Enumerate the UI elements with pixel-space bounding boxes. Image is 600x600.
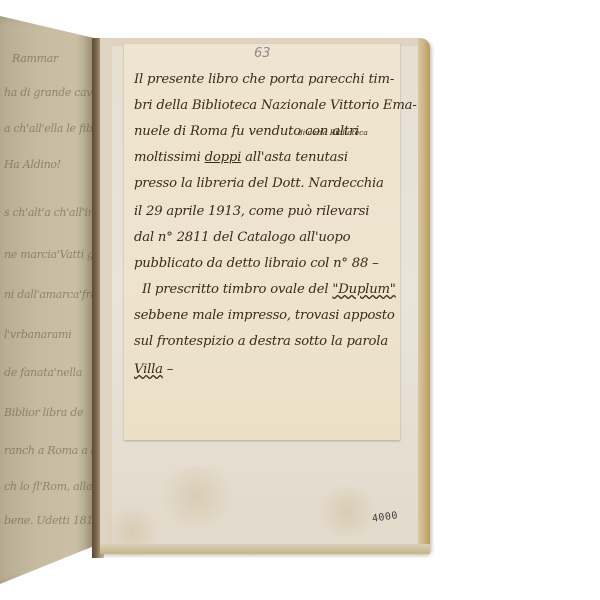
note-line-11: sul frontespizio a destra sotto la parol… <box>134 334 388 349</box>
ghost-text-line: de fanata'nella <box>4 366 82 379</box>
left-page-verso: Rammar ha di grande cavità a ch'all'ella… <box>0 16 94 584</box>
underlined-word-villa: Villa <box>134 362 163 377</box>
book-photograph: Rammar ha di grande cavità a ch'all'ella… <box>0 0 600 600</box>
ghost-text-line: ranch a Roma a de <box>4 444 104 457</box>
note-line-8: pubblicato da detto libraio col n° 88 – <box>134 256 379 271</box>
note-text: Il prescritto timbro ovale del <box>142 282 332 297</box>
interlinear-insertion: di detta Biblioteca <box>298 128 368 137</box>
note-line-6: il 29 aprile 1913, come può rilevarsi <box>134 204 369 219</box>
underlined-word-doppi: doppi <box>205 150 241 165</box>
foxing-stain <box>312 486 382 536</box>
ghost-text-line: ch lo fl'Rom, alla <box>4 480 92 493</box>
ghost-text-line: Ha Aldino! <box>4 158 61 171</box>
note-line-9: Il prescritto timbro ovale del "Duplum" <box>142 282 396 297</box>
note-line-1: Il presente libro che porta parecchi tim… <box>134 72 394 87</box>
note-line-4: moltissimi doppi all'asta tenutasi <box>134 150 348 165</box>
note-line-5: presso la libreria del Dott. Nardecchia <box>134 176 384 191</box>
foxing-stain <box>152 466 242 526</box>
board-edge <box>418 38 430 554</box>
underlined-word-duplum: "Duplum" <box>332 282 395 297</box>
note-text: all'asta tenutasi <box>241 150 348 165</box>
note-line-2: bri della Biblioteca Nazionale Vittorio … <box>134 98 417 113</box>
folio-number: 63 <box>254 46 271 61</box>
handwritten-provenance-note: 63 Il presente libro che porta parecchi … <box>124 44 400 440</box>
note-line-7: dal n° 2811 del Catalogo all'uopo <box>134 230 350 245</box>
ghost-text-line: Rammar <box>12 52 58 65</box>
ghost-text-line: l'vrbanarami <box>4 328 71 341</box>
note-text: moltissimi <box>134 150 205 165</box>
ghost-text-line: ni dall'amarca'fra <box>4 288 97 301</box>
note-line-10: sebbene male impresso, trovasi apposto <box>134 308 395 323</box>
note-text: – <box>163 362 173 377</box>
note-line-12: Villa – <box>134 362 173 377</box>
ghost-text-line: Biblior libra de <box>4 406 83 419</box>
ghost-text-line: ne marcia'Vatti gli <box>4 248 100 261</box>
ghost-text-line: bene. Udetti 1812 <box>4 514 100 527</box>
ghost-text-line: ha di grande cavità <box>4 86 106 99</box>
board-bottom-edge <box>100 544 430 554</box>
